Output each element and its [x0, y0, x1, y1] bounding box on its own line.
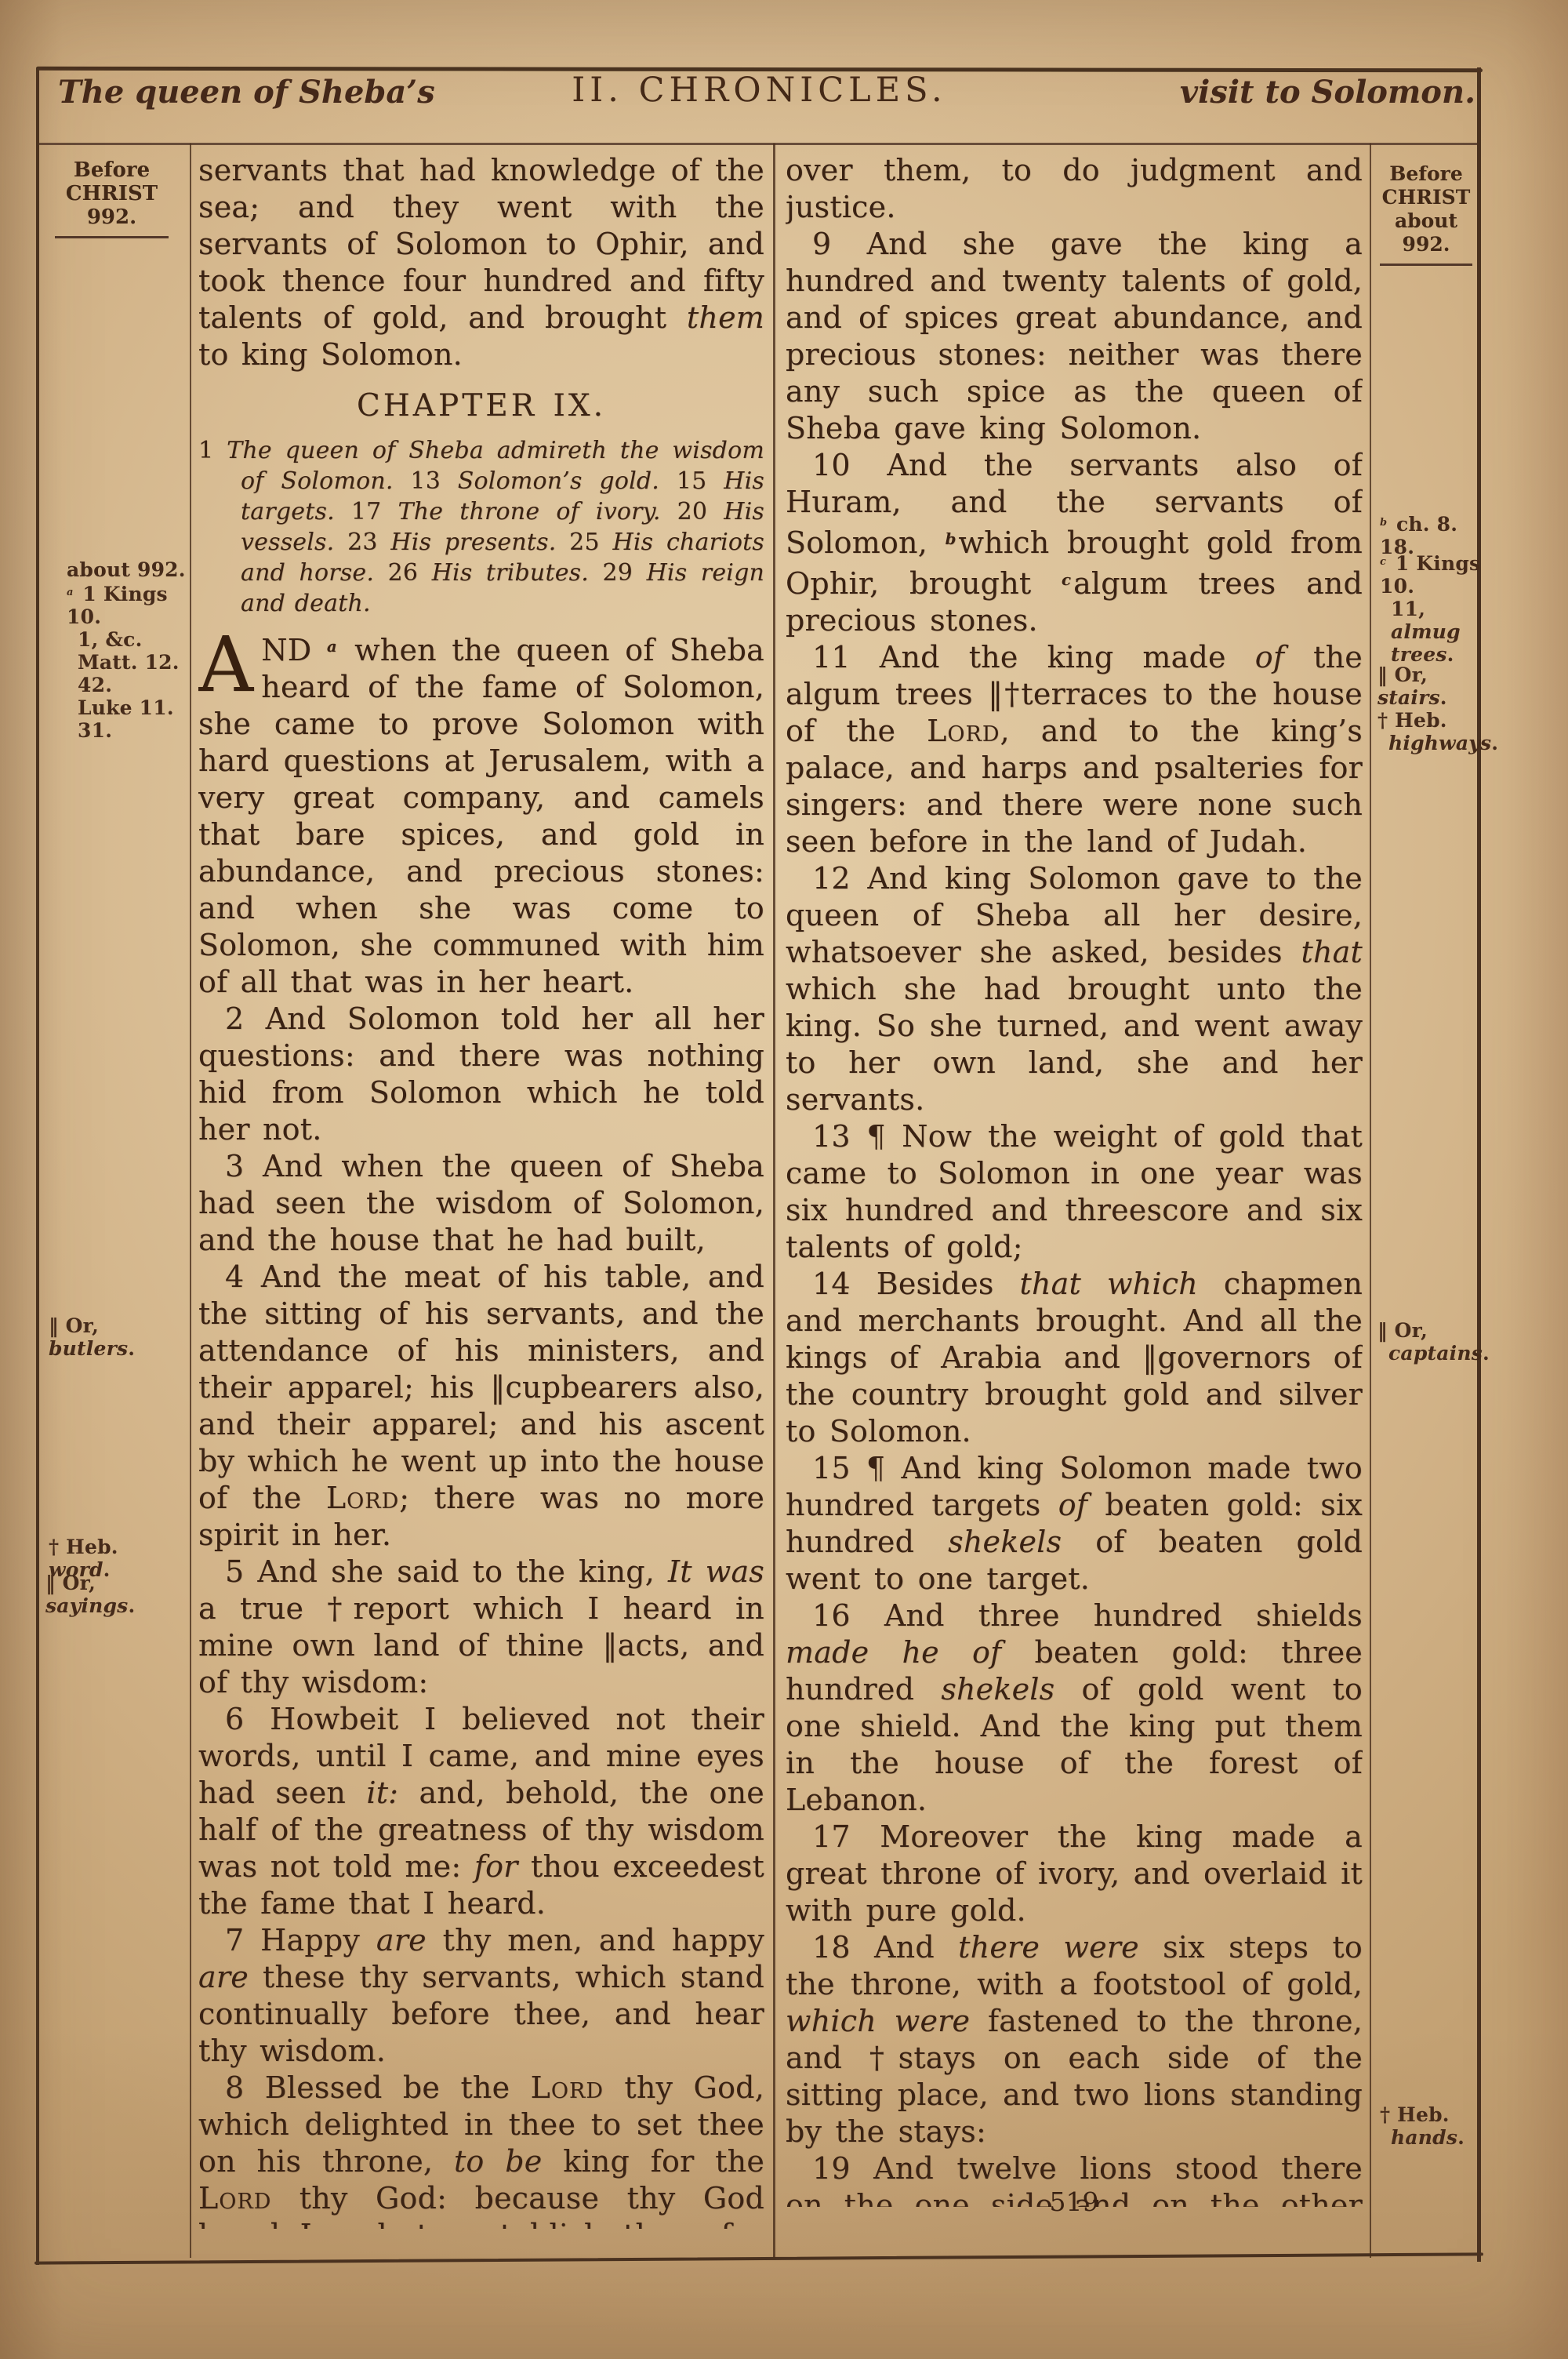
verse-10: 10 And the servants also of Huram, and t…	[786, 447, 1363, 639]
column-divider	[773, 144, 775, 2258]
verse-13: 13 ¶ Now the weight of gold that came to…	[786, 1118, 1363, 1266]
margin-rule	[55, 236, 169, 238]
chapter-heading: CHAPTER IX.	[198, 387, 764, 424]
before-christ-date-right: Before CHRIST about 992.	[1372, 162, 1480, 266]
verse-6: 6 Howbeit I believed not their words, un…	[198, 1701, 764, 1922]
verse-9: 9 And she gave the king a hundred and tw…	[786, 226, 1363, 447]
verse-18: 18 And there were six steps to the thron…	[786, 1929, 1363, 2150]
verse-2: 2 And Solomon told her all her questions…	[198, 1001, 764, 1148]
left-text-column: servants that had knowledge of the sea; …	[198, 152, 764, 2229]
drop-cap: A	[198, 634, 253, 696]
verse-7: 7 Happy are thy men, and happy are these…	[198, 1922, 764, 2070]
margin-rule	[1380, 264, 1472, 266]
verse-17: 17 Moreover the king made a great throne…	[786, 1819, 1363, 1929]
verse-15: 15 ¶ And king Solomon made two hundred t…	[786, 1450, 1363, 1598]
margin-note-sayings: ‖ Or, sayings.	[45, 1572, 187, 1617]
verse-8-continuation: over them, to do judgment and justice.	[786, 152, 1363, 226]
margin-note-1-kings-almug: c 1 Kings 10. 11, almug trees.	[1380, 551, 1486, 666]
page-border-left	[36, 67, 39, 2265]
margin-note-cross-references: about 992. a 1 Kings 10. 1, &c. Matt. 12…	[67, 558, 196, 742]
right-margin-divider	[1370, 144, 1371, 2258]
header-divider-rule	[38, 143, 1481, 145]
before-christ-date-left: Before CHRIST 992.	[43, 158, 180, 238]
margin-note-heb-hands: † Heb. hands.	[1380, 2103, 1486, 2149]
verse-3: 3 And when the queen of Sheba had seen t…	[198, 1148, 764, 1259]
page-border-right	[1477, 67, 1481, 2262]
running-head-left: The queen of Sheba’s	[58, 74, 435, 111]
verse-5: 5 And she said to the king, It was a tru…	[198, 1554, 764, 1701]
bible-page-scan: II. CHRONICLES. The queen of Sheba’s vis…	[0, 0, 1568, 2359]
left-margin-divider	[190, 144, 191, 2258]
verse-14: 14 Besides that which chapmen and mercha…	[786, 1266, 1363, 1450]
verse-4: 4 And the meat of his table, and the sit…	[198, 1259, 764, 1554]
chapter8-continuation: servants that had knowledge of the sea; …	[198, 152, 764, 373]
running-head-right: visit to Solomon.	[1180, 74, 1475, 111]
chapter-summary: 1 The queen of Sheba admireth the wisdom…	[198, 435, 764, 619]
right-text-column: over them, to do judgment and justice. 9…	[786, 152, 1363, 2207]
page-number: 519	[786, 2186, 1363, 2217]
verse-16: 16 And three hundred shields made he of …	[786, 1598, 1363, 1819]
margin-note-butlers: ‖ Or, butlers.	[49, 1314, 186, 1360]
page-border-bottom	[34, 2252, 1483, 2264]
verse-11: 11 And the king made of the algum trees …	[786, 639, 1363, 860]
margin-note-stairs-highways: ‖ Or, stairs. † Heb. highways.	[1377, 663, 1483, 754]
verse-12: 12 And king Solomon gave to the queen of…	[786, 860, 1363, 1118]
verse-8: 8 Blessed be the Lord thy God, which del…	[198, 2070, 764, 2229]
verse-1: AND a when the queen of Sheba heard of t…	[198, 628, 764, 1001]
margin-note-captains: ‖ Or, captains.	[1377, 1319, 1483, 1365]
